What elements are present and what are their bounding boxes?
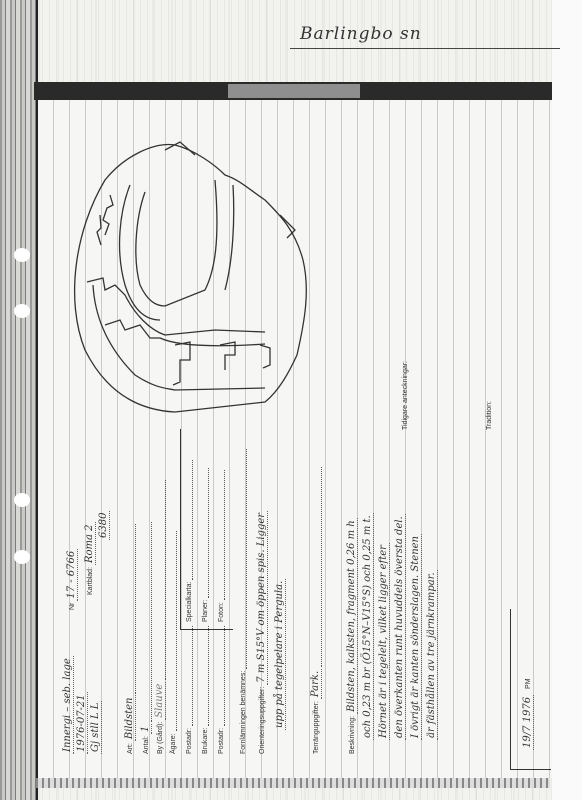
planer-label: Planer:: [202, 600, 209, 622]
by-label: By (Gård):: [157, 722, 164, 754]
by-value: Slauve: [154, 682, 166, 720]
card-tab: [228, 84, 360, 98]
punch-hole: [14, 248, 30, 262]
beskrivning-line-1: Bildsten, kalksten, fragment 0,26 m h: [346, 518, 358, 714]
beskrivning-line-2: och 0,23 m br (Ö15°N–V15°S) och 0,25 m t…: [362, 513, 374, 740]
art-value: Bildsten: [124, 696, 136, 742]
nr-value: 17 - 6766: [66, 549, 78, 601]
tradition-label: Tradition:: [486, 401, 493, 430]
picture-stone-sketch: [60, 120, 330, 420]
postadr-label: Postadr:: [186, 728, 193, 754]
signature-date: 19/7 1976: [522, 695, 534, 750]
beskrivning-label: Beskrivning:: [349, 716, 356, 754]
tidigare-label: Tidigare anteckningar:: [402, 361, 409, 430]
locality-date: 1976-07-21: [76, 692, 88, 754]
agare-label: Ägare:: [170, 733, 177, 754]
orientering-label: Orienteringsuppgifter:: [259, 687, 266, 754]
locality-code: Gj stll L L: [90, 701, 102, 754]
antal-value: 1: [140, 724, 152, 734]
beskrivning-line-3: Hörnet är i tegelelt, vilket ligger efte…: [378, 543, 390, 740]
brukare-label: Brukare:: [202, 728, 209, 754]
binding-strip: [0, 0, 36, 800]
specialkarta-label: Specialkarta:: [186, 582, 193, 622]
punch-hole: [14, 304, 30, 318]
kartblad-sub: 6380: [98, 511, 110, 540]
benamnes-label: Fornlämningen benämnes:: [240, 671, 247, 754]
signature-initials: PM: [525, 678, 532, 689]
orientering-line-2: upp på tegelpelare i Pergula.: [274, 579, 286, 730]
kartblad-value: Roma 2: [84, 522, 96, 565]
parish-underline: [290, 48, 560, 49]
beskrivning-line-5: I övrigt är kanten sönderslagen. Stenen: [410, 534, 422, 740]
punch-hole: [14, 493, 30, 507]
rotated-form: Innergi – seb. lage 1976-07-21 Gj stll L…: [40, 430, 560, 790]
kartblad-label: Kartblad:: [87, 567, 94, 595]
beskrivning-line-4: den överkanten runt huvuddels översta de…: [394, 514, 406, 740]
antal-label: Antal:: [143, 736, 150, 754]
locality-line: Innergi – seb. lage: [62, 656, 74, 754]
postadr-label-2: Postadr:: [218, 728, 225, 754]
terrang-value: Park.: [310, 669, 322, 699]
foton-label: Foton:: [218, 602, 225, 622]
art-label: Art:: [127, 743, 134, 754]
orientering-line-1: 7 m S15°V om öppen spis. Ligger: [256, 511, 268, 685]
terrang-label: Terränguppgifter:: [313, 701, 320, 754]
beskrivning-line-6: är fästhållen av tre järnkrampar.: [426, 570, 438, 740]
punch-hole: [14, 550, 30, 564]
parish-name: Barlingbo sn: [300, 24, 422, 44]
nr-label: Nr: [69, 603, 76, 610]
